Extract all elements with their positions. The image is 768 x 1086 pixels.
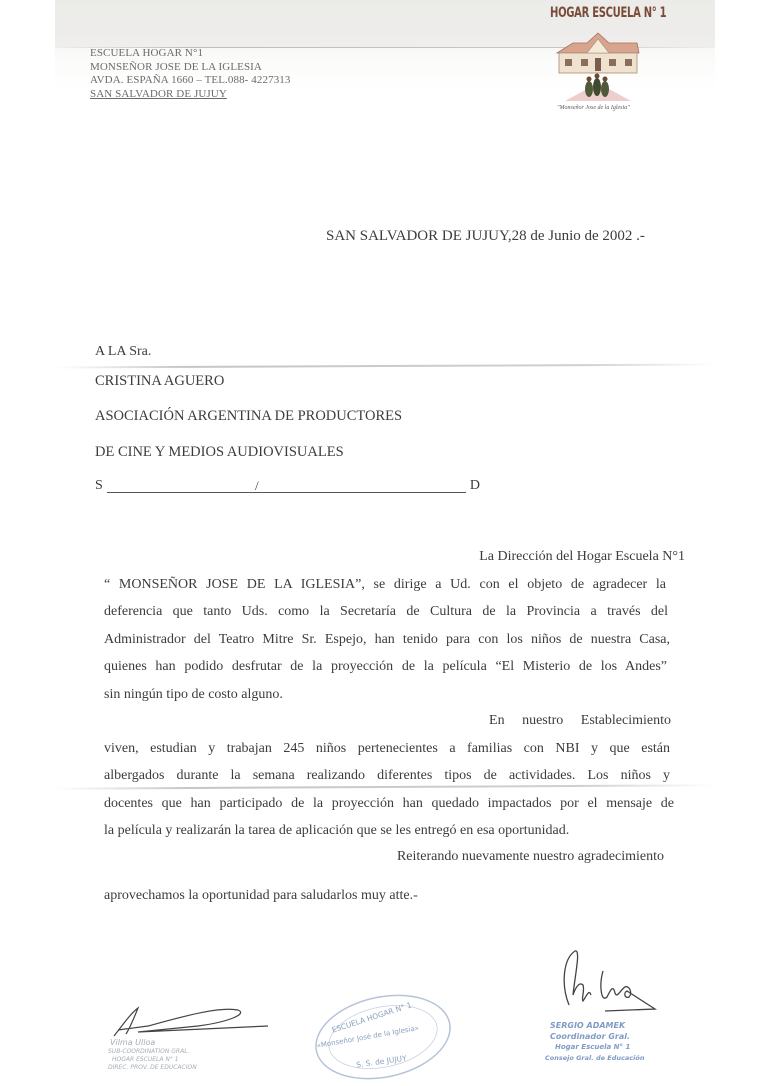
signature-block-right: SERGIO ADAMEK Coordinador Gral. Hogar Es…	[545, 945, 695, 1085]
salutation: A LA Sra.	[95, 344, 151, 360]
body-line: aprovechamos la oportunidad para saludar…	[104, 888, 668, 904]
signer-name: SERGIO ADAMEK	[550, 1021, 625, 1030]
letterhead-line: MONSEÑOR JOSE DE LA IGLESIA	[90, 61, 291, 75]
body-line: Administrador del Teatro Mitre Sr. Espej…	[104, 632, 670, 648]
logo-caption: "Monseñor Jose de la Iglesia"	[557, 105, 630, 111]
signer-org: HOGAR ESCUELA N° 1	[112, 1056, 179, 1063]
body-line: deferencia que tanto Uds. como la Secret…	[104, 604, 668, 620]
body-line: quienes han podido desfrutar de la proye…	[104, 659, 667, 675]
signer-name: Vilma Ulloa	[110, 1038, 155, 1047]
letter-page	[55, 0, 715, 1086]
handwritten-signature-icon	[108, 1000, 278, 1040]
school-house-icon	[553, 31, 643, 103]
logo-title: HOGAR ESCUELA N° 1	[550, 6, 666, 21]
body-line: albergados durante la semana realizando …	[104, 768, 670, 784]
recipient-org-line-1: ASOCIACIÓN ARGENTINA DE PRODUCTORES	[95, 408, 402, 425]
school-logo: HOGAR ESCUELA N° 1 "Monseñor Jose de la …	[545, 6, 675, 118]
sd-slash: /	[255, 478, 259, 494]
letterhead-line: SAN SALVADOR DE JUJUY	[90, 88, 291, 102]
body-line: la película y realizarán la tarea de apl…	[104, 823, 668, 839]
body-line: sin ningún tipo de costo alguno.	[104, 687, 668, 703]
handwritten-signature-icon	[545, 945, 695, 1020]
signer-dept: DIREC. PROV. DE EDUCACION	[108, 1064, 197, 1071]
sd-line: S / D	[95, 478, 480, 496]
signer-title: SUB-COORDINATION GRAL.	[108, 1048, 189, 1055]
signer-org: Hogar Escuela N° 1	[555, 1043, 630, 1051]
signer-title: Coordinador Gral.	[550, 1032, 630, 1041]
school-seal: ESCUELA HOGAR N° 1 «Monseñor José de la …	[308, 985, 458, 1080]
body-line: “ MONSEÑOR JOSE DE LA IGLESIA”, se dirig…	[104, 577, 666, 593]
sd-underline	[107, 492, 466, 493]
recipient-org-line-2: DE CINE Y MEDIOS AUDIOVISUALES	[95, 444, 344, 461]
body-line: En nuestro Establecimiento	[460, 713, 671, 729]
letterhead: ESCUELA HOGAR N°1 MONSEÑOR JOSE DE LA IG…	[90, 47, 291, 101]
date-line: SAN SALVADOR DE JUJUY,28 de Junio de 200…	[326, 228, 645, 245]
letterhead-line: ESCUELA HOGAR N°1	[90, 47, 291, 61]
body-line: La Dirección del Hogar Escuela N°1	[104, 549, 685, 565]
sd-s: S	[95, 478, 103, 494]
body-line: viven, estudian y trabajan 245 niños per…	[104, 741, 670, 757]
signer-dept: Consejo Gral. de Educación	[545, 1054, 644, 1062]
signature-block-left: Vilma Ulloa SUB-COORDINATION GRAL. HOGAR…	[108, 1000, 278, 1086]
body-line: docentes que han participado de la proye…	[104, 796, 674, 812]
letterhead-line: AVDA. ESPAÑA 1660 – TEL.088- 4227313	[90, 74, 291, 88]
body-line: Reiterando nuevamente nuestro agradecimi…	[104, 849, 664, 865]
recipient-name: CRISTINA AGUERO	[95, 373, 224, 390]
sd-d: D	[470, 478, 480, 494]
